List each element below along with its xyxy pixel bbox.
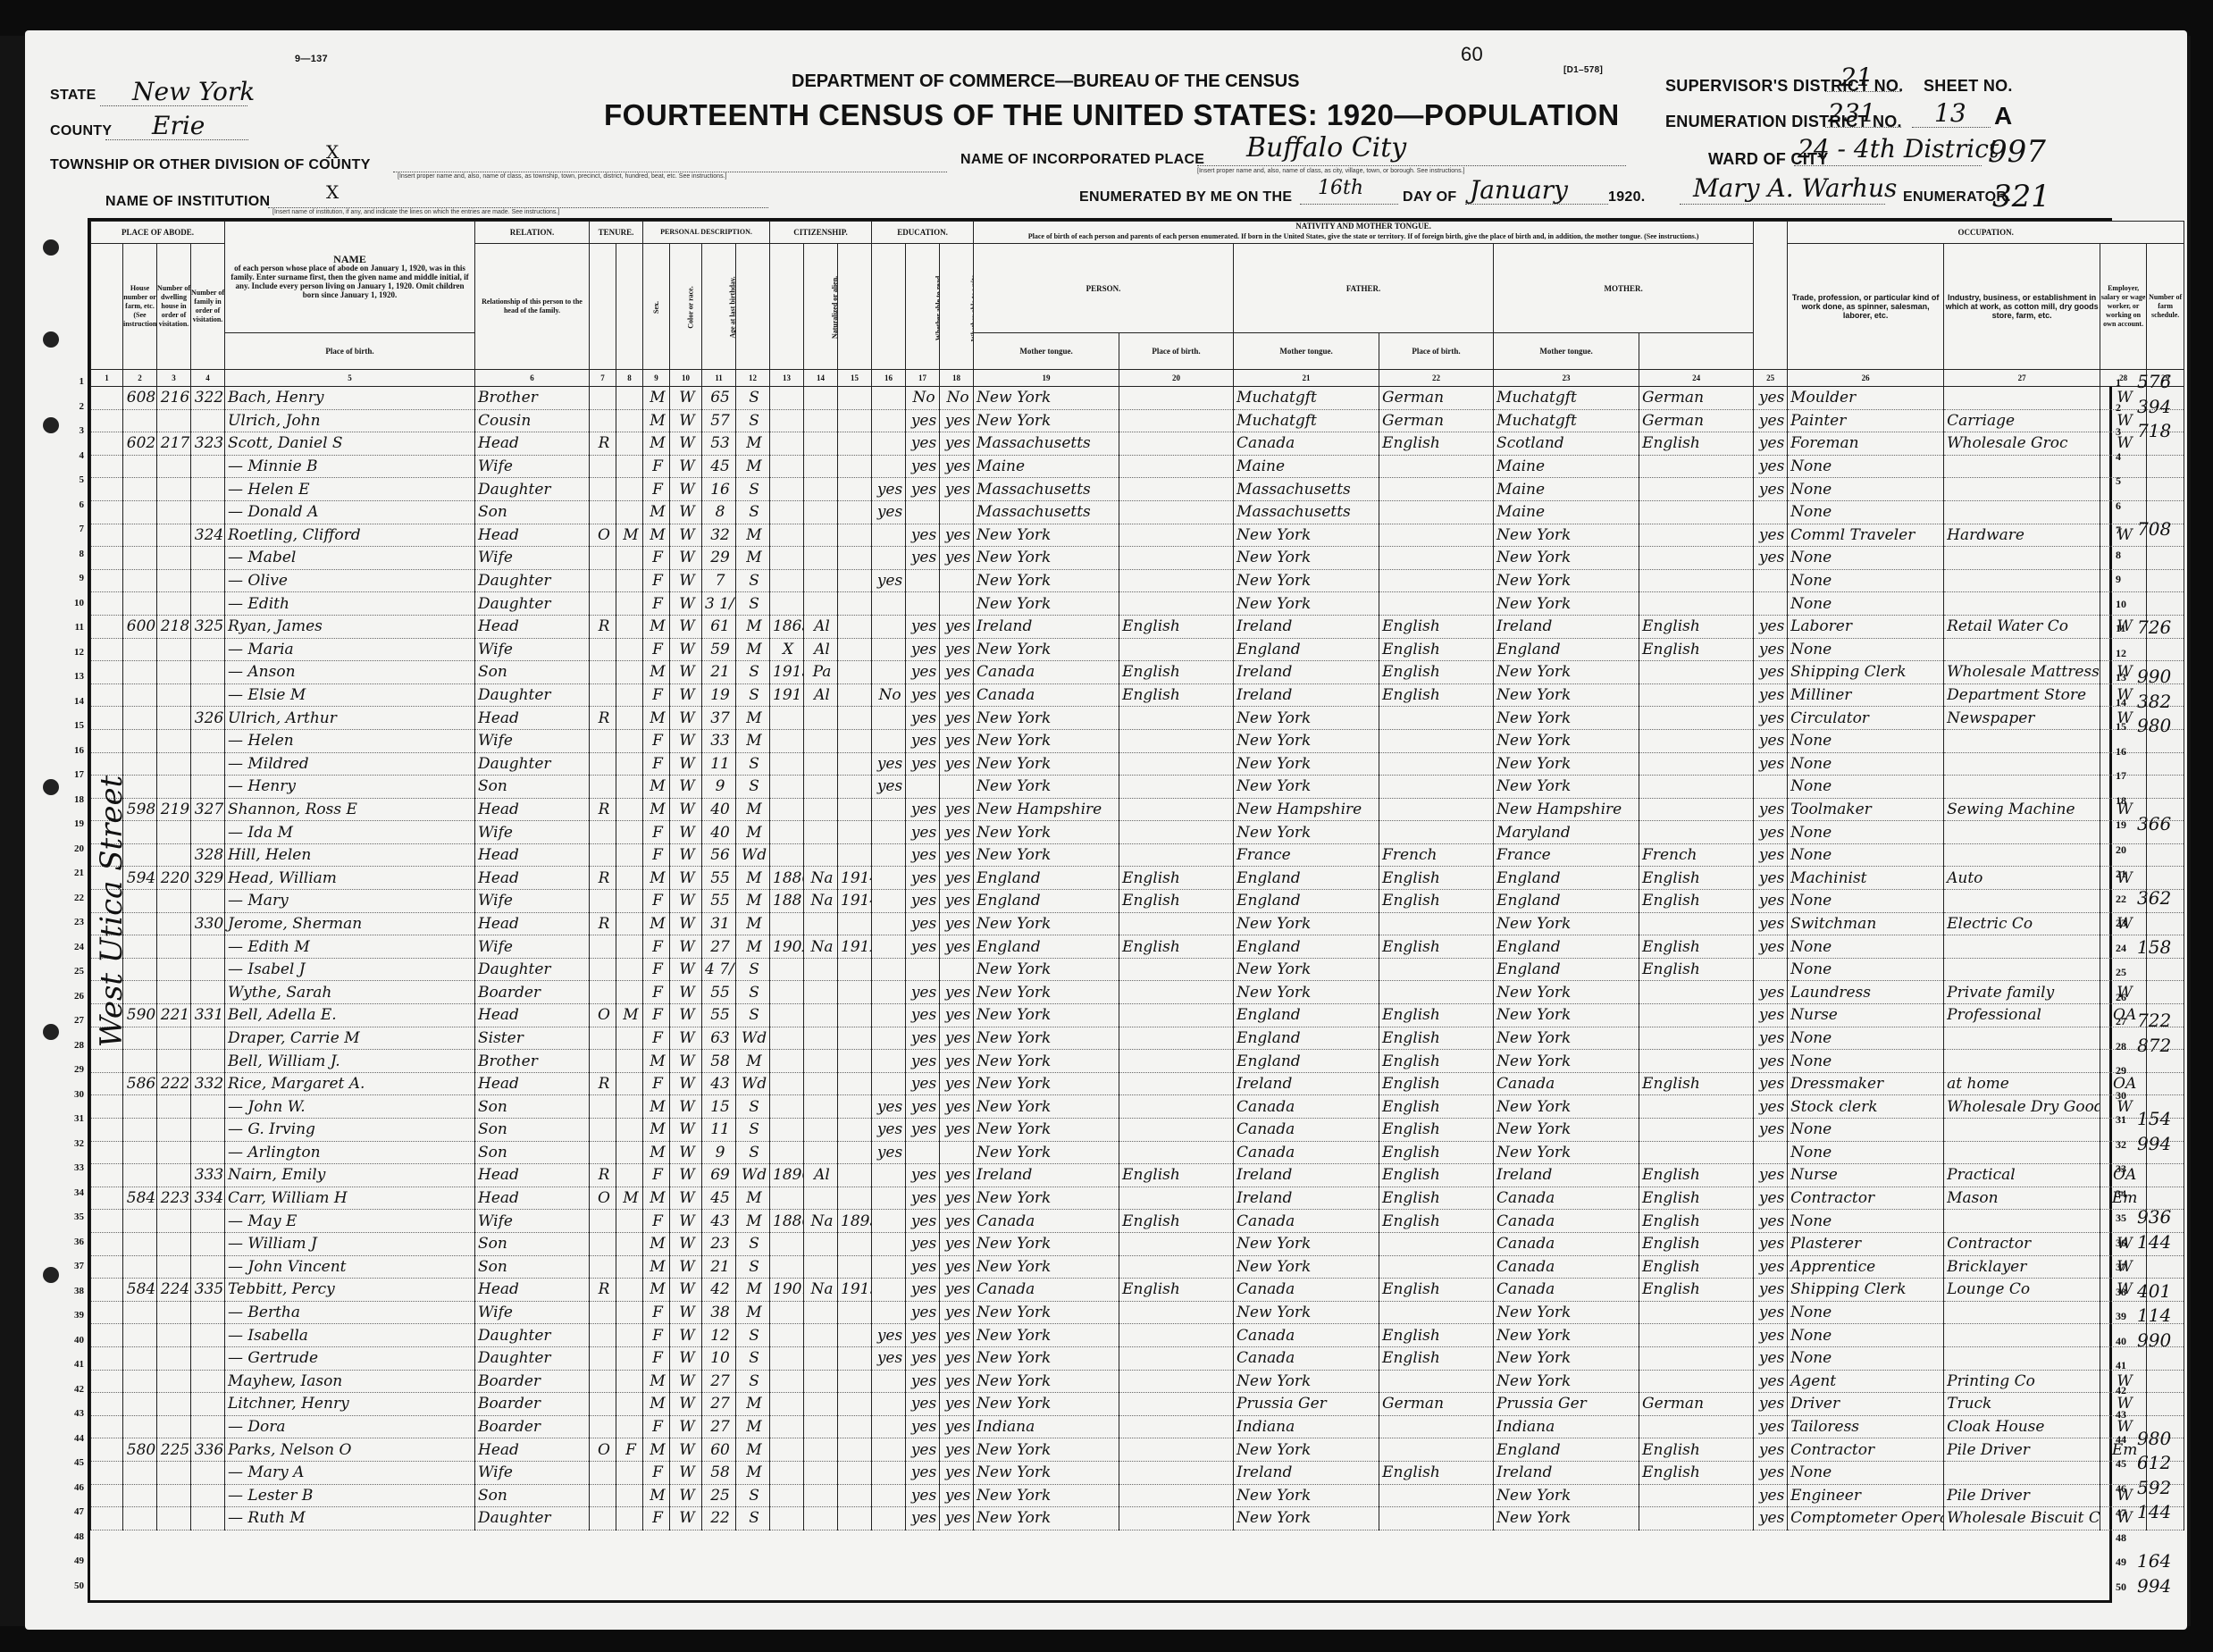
header-race: Color or race.: [670, 244, 702, 370]
sex-cell: F: [643, 1210, 670, 1233]
age-cell: 9: [702, 1141, 736, 1164]
race-cell: W: [670, 1141, 702, 1164]
right-line-number: 46: [2116, 1482, 2139, 1496]
house-number-cell: [123, 1210, 157, 1233]
house-number-cell: [123, 547, 157, 570]
trade-cell: None: [1788, 958, 1944, 981]
sex-cell: F: [643, 683, 670, 707]
speak-english-cell: yes: [1754, 890, 1788, 913]
marital-cell: S: [736, 1507, 770, 1530]
father-birthplace-cell: New York: [1234, 752, 1379, 776]
write-cell: yes: [940, 455, 974, 478]
family-number-cell: [191, 409, 225, 432]
write-cell: yes: [940, 615, 974, 638]
write-cell: yes: [940, 1210, 974, 1233]
street-cell: [91, 1507, 123, 1530]
corner-note: 997: [1988, 134, 2046, 170]
naturalization-year-cell: 1914: [838, 867, 872, 890]
column-number: 21: [1234, 370, 1379, 387]
table-row: — HenrySonMW9SyesNew YorkNew YorkNew Yor…: [91, 776, 2184, 799]
name-title: NAME: [229, 255, 471, 264]
immigration-year-cell: 1886: [770, 1210, 804, 1233]
father-birthplace-cell: New York: [1234, 547, 1379, 570]
speak-english-cell: yes: [1754, 1279, 1788, 1302]
naturalization-year-cell: [838, 843, 872, 867]
dwelling-number-cell: [157, 455, 191, 478]
age-cell: 23: [702, 1232, 736, 1255]
line-number: 26: [64, 991, 84, 1002]
mother-birthplace-cell: Canada: [1494, 1187, 1639, 1210]
home-owned-cell: [590, 547, 616, 570]
occupation-code-note: 994: [2137, 1575, 2171, 1597]
sex-cell: F: [643, 843, 670, 867]
home-owned-cell: [590, 1255, 616, 1279]
race-cell: W: [670, 1050, 702, 1073]
mortgage-cell: [616, 1507, 643, 1530]
naturalized-cell: Al: [804, 1164, 838, 1187]
mother-birthplace-cell: England: [1494, 958, 1639, 981]
name-cell: — Maria: [225, 638, 475, 661]
age-cell: 15: [702, 1095, 736, 1119]
mother-tongue-cell: [1639, 524, 1754, 547]
trade-cell: Engineer: [1788, 1484, 1944, 1507]
mother-tongue-cell: [1639, 500, 1754, 524]
mortgage-cell: [616, 1484, 643, 1507]
trade-cell: Nurse: [1788, 1164, 1944, 1187]
naturalization-year-cell: 1919: [838, 1279, 872, 1302]
write-cell: yes: [940, 1301, 974, 1324]
read-cell: [906, 776, 940, 799]
home-owned-cell: [590, 843, 616, 867]
name-cell: Shannon, Ross E: [225, 798, 475, 821]
sex-cell: M: [643, 776, 670, 799]
name-cell: — Mildred: [225, 752, 475, 776]
mother-birthplace-cell: New York: [1494, 569, 1639, 592]
naturalized-cell: [804, 387, 838, 410]
school-cell: yes: [872, 752, 906, 776]
industry-cell: [1944, 1027, 2100, 1050]
age-cell: 38: [702, 1301, 736, 1324]
table-row: — ArlingtonSonMW9SyesNew YorkCanadaEngli…: [91, 1141, 2184, 1164]
relation-cell: Son: [475, 1119, 590, 1142]
industry-cell: Printing Co: [1944, 1370, 2100, 1393]
write-cell: yes: [940, 432, 974, 456]
birthplace-cell: New York: [974, 707, 1119, 730]
age-cell: 32: [702, 524, 736, 547]
industry-cell: Cloak House: [1944, 1415, 2100, 1438]
father-birthplace-cell: New York: [1234, 1438, 1379, 1462]
naturalization-year-cell: [838, 1119, 872, 1142]
immigration-year-cell: [770, 500, 804, 524]
father-tongue-cell: English: [1379, 1072, 1494, 1095]
naturalized-cell: [804, 1232, 838, 1255]
father-birthplace-cell: New York: [1234, 569, 1379, 592]
right-line-number: 9: [2116, 573, 2139, 586]
immigration-year-cell: [770, 455, 804, 478]
trade-cell: Foreman: [1788, 432, 1944, 456]
line-number: 44: [64, 1433, 84, 1444]
age-cell: 37: [702, 707, 736, 730]
father-tongue-cell: German: [1379, 387, 1494, 410]
dwelling-number-cell: [157, 890, 191, 913]
industry-cell: Truck: [1944, 1393, 2100, 1416]
table-row: Draper, Carrie MSisterFW63WdyesyesNew Yo…: [91, 1027, 2184, 1050]
line-number: 25: [64, 966, 84, 977]
header-person-tongue: Mother tongue.: [974, 333, 1119, 370]
mortgage-cell: [616, 1461, 643, 1484]
group-relation: RELATION.: [475, 222, 590, 244]
industry-cell: [1944, 638, 2100, 661]
mortgage-cell: [616, 1324, 643, 1347]
dwelling-number-cell: [157, 958, 191, 981]
school-cell: [872, 1210, 906, 1233]
marital-cell: S: [736, 592, 770, 616]
dwelling-number-cell: 224: [157, 1279, 191, 1302]
mother-birthplace-cell: New York: [1494, 981, 1639, 1004]
naturalization-year-cell: [838, 1004, 872, 1027]
marital-cell: M: [736, 912, 770, 935]
write-cell: yes: [940, 1119, 974, 1142]
marital-cell: M: [736, 455, 770, 478]
birthplace-cell: New York: [974, 1346, 1119, 1370]
birthplace-cell: New York: [974, 409, 1119, 432]
age-cell: 4 7/12: [702, 958, 736, 981]
dwelling-number-cell: [157, 1324, 191, 1347]
read-cell: yes: [906, 1301, 940, 1324]
mother-birthplace-cell: Canada: [1494, 1279, 1639, 1302]
immigration-year-cell: [770, 776, 804, 799]
right-line-number: 12: [2116, 647, 2139, 660]
right-line-number: 43: [2116, 1408, 2139, 1421]
family-number-cell: 331: [191, 1004, 225, 1027]
dwelling-number-cell: [157, 912, 191, 935]
mother-birthplace-cell: Maine: [1494, 455, 1639, 478]
mortgage-cell: [616, 935, 643, 959]
line-number: 20: [64, 843, 84, 854]
industry-cell: [1944, 729, 2100, 752]
father-birthplace-cell: Prussia Ger: [1234, 1393, 1379, 1416]
mother-tongue-cell: [1639, 1415, 1754, 1438]
census-table: PLACE OF ABODE. NAME of each person whos…: [88, 218, 2112, 1603]
street-cell: [91, 1324, 123, 1347]
speak-english-cell: yes: [1754, 432, 1788, 456]
mother-birthplace-cell: Ireland: [1494, 1164, 1639, 1187]
street-cell: [91, 1210, 123, 1233]
age-cell: 25: [702, 1484, 736, 1507]
family-number-cell: 323: [191, 432, 225, 456]
name-cell: — Ruth M: [225, 1507, 475, 1530]
birthplace-cell: New York: [974, 1324, 1119, 1347]
binder-hole-icon: [43, 1024, 59, 1040]
name-cell: — Helen: [225, 729, 475, 752]
line-number: 28: [64, 1040, 84, 1051]
birthplace-cell: Canada: [974, 1279, 1119, 1302]
sex-cell: F: [643, 958, 670, 981]
trade-cell: Contractor: [1788, 1438, 1944, 1462]
family-number-cell: [191, 1027, 225, 1050]
father-birthplace-cell: England: [1234, 1027, 1379, 1050]
naturalized-cell: [804, 1346, 838, 1370]
naturalization-year-cell: [838, 409, 872, 432]
mortgage-cell: [616, 1141, 643, 1164]
family-number-cell: [191, 1324, 225, 1347]
occupation-code-note: 401: [2137, 1280, 2171, 1302]
header-relationship: Relationship of this person to the head …: [475, 244, 590, 370]
tongue-cell: [1119, 707, 1234, 730]
father-birthplace-cell: Canada: [1234, 1095, 1379, 1119]
sex-cell: F: [643, 1346, 670, 1370]
home-owned-cell: [590, 1095, 616, 1119]
father-tongue-cell: German: [1379, 1393, 1494, 1416]
trade-cell: None: [1788, 1119, 1944, 1142]
father-tongue-cell: English: [1379, 1324, 1494, 1347]
family-number-cell: [191, 1393, 225, 1416]
name-cell: Draper, Carrie M: [225, 1027, 475, 1050]
naturalization-year-cell: [838, 524, 872, 547]
birthplace-cell: New York: [974, 1393, 1119, 1416]
table-row: — Elsie MDaughterFW19S1917AlNoyesyesCana…: [91, 683, 2184, 707]
naturalized-cell: [804, 1324, 838, 1347]
right-line-number: 49: [2116, 1556, 2139, 1569]
header-home-owned: Home owned or rented.: [590, 244, 616, 370]
age-cell: 58: [702, 1050, 736, 1073]
naturalization-year-cell: [838, 1164, 872, 1187]
read-cell: yes: [906, 1415, 940, 1438]
family-number-cell: [191, 1301, 225, 1324]
immigration-year-cell: [770, 1415, 804, 1438]
tongue-cell: English: [1119, 661, 1234, 684]
school-cell: [872, 1301, 906, 1324]
birthplace-cell: New Hampshire: [974, 798, 1119, 821]
father-birthplace-cell: New Hampshire: [1234, 798, 1379, 821]
table-row: 330Jerome, ShermanHeadRMW31MyesyesNew Yo…: [91, 912, 2184, 935]
father-tongue-cell: [1379, 1438, 1494, 1462]
birthplace-cell: New York: [974, 1050, 1119, 1073]
speak-english-cell: yes: [1754, 798, 1788, 821]
father-tongue-cell: English: [1379, 1461, 1494, 1484]
age-cell: 22: [702, 1507, 736, 1530]
relation-cell: Son: [475, 500, 590, 524]
speak-english-cell: yes: [1754, 1210, 1788, 1233]
trade-cell: Laundress: [1788, 981, 1944, 1004]
family-number-cell: [191, 729, 225, 752]
mother-birthplace-cell: New York: [1494, 1324, 1639, 1347]
immigration-year-cell: [770, 409, 804, 432]
father-tongue-cell: [1379, 729, 1494, 752]
right-line-number: 2: [2116, 401, 2139, 415]
dwelling-number-cell: [157, 1164, 191, 1187]
table-row: — Edith MWifeFW27M1902Na1912yesyesEnglan…: [91, 935, 2184, 959]
read-cell: [906, 569, 940, 592]
mother-tongue-cell: [1639, 547, 1754, 570]
age-cell: 29: [702, 547, 736, 570]
sex-cell: M: [643, 1119, 670, 1142]
write-cell: [940, 776, 974, 799]
occupation-code-note: 164: [2137, 1550, 2171, 1572]
school-cell: [872, 1072, 906, 1095]
race-cell: W: [670, 387, 702, 410]
marital-cell: M: [736, 1210, 770, 1233]
industry-cell: [1944, 592, 2100, 616]
birthplace-cell: Ireland: [974, 1164, 1119, 1187]
speak-english-cell: yes: [1754, 1095, 1788, 1119]
write-cell: yes: [940, 1027, 974, 1050]
birthplace-cell: New York: [974, 569, 1119, 592]
mother-birthplace-cell: England: [1494, 638, 1639, 661]
mother-birthplace-cell: New York: [1494, 1507, 1639, 1530]
family-number-cell: [191, 1141, 225, 1164]
tongue-cell: [1119, 1027, 1234, 1050]
mortgage-cell: [616, 981, 643, 1004]
mortgage-cell: [616, 707, 643, 730]
race-cell: W: [670, 683, 702, 707]
home-owned-cell: [590, 729, 616, 752]
dwelling-number-cell: [157, 1393, 191, 1416]
name-cell: — Lester B: [225, 1484, 475, 1507]
mortgage-cell: [616, 912, 643, 935]
mortgage-cell: [616, 683, 643, 707]
naturalization-year-cell: [838, 478, 872, 501]
school-cell: yes: [872, 1324, 906, 1347]
industry-cell: [1944, 958, 2100, 981]
header-naturalization-year: If naturalized, year of naturalization.: [838, 244, 872, 370]
sex-cell: M: [643, 432, 670, 456]
line-number: 12: [64, 647, 84, 658]
mortgage-cell: [616, 409, 643, 432]
speak-english-cell: yes: [1754, 1346, 1788, 1370]
marital-cell: M: [736, 707, 770, 730]
relation-cell: Wife: [475, 1301, 590, 1324]
naturalization-year-cell: [838, 1346, 872, 1370]
dwelling-number-cell: [157, 776, 191, 799]
dwelling-number-cell: [157, 1050, 191, 1073]
father-birthplace-cell: New York: [1234, 524, 1379, 547]
industry-cell: Sewing Machine: [1944, 798, 2100, 821]
right-line-number: 31: [2116, 1113, 2139, 1127]
trade-cell: None: [1788, 1301, 1944, 1324]
school-cell: [872, 798, 906, 821]
street-cell: [91, 1393, 123, 1416]
line-number: 14: [64, 696, 84, 707]
trade-cell: Tailoress: [1788, 1415, 1944, 1438]
marital-cell: S: [736, 1232, 770, 1255]
occupation-code-note: 154: [2137, 1108, 2171, 1129]
father-birthplace-cell: Canada: [1234, 1210, 1379, 1233]
enumerated-month: January: [1470, 175, 1568, 205]
mother-tongue-cell: English: [1639, 1279, 1754, 1302]
marital-cell: S: [736, 1255, 770, 1279]
home-owned-cell: [590, 935, 616, 959]
header-naturalized: Naturalized or alien.: [804, 244, 838, 370]
write-cell: yes: [940, 1484, 974, 1507]
write-cell: yes: [940, 409, 974, 432]
home-owned-cell: R: [590, 1164, 616, 1187]
tongue-cell: [1119, 1141, 1234, 1164]
family-number-cell: [191, 935, 225, 959]
line-number: 38: [64, 1286, 84, 1296]
relation-cell: Wife: [475, 935, 590, 959]
school-cell: [872, 524, 906, 547]
mortgage-cell: F: [616, 1438, 643, 1462]
name-cell: — Gertrude: [225, 1346, 475, 1370]
industry-cell: Wholesale Mattress Co: [1944, 661, 2100, 684]
school-cell: [872, 432, 906, 456]
industry-cell: Lounge Co: [1944, 1279, 2100, 1302]
speak-english-cell: yes: [1754, 867, 1788, 890]
mother-birthplace-cell: Prussia Ger: [1494, 1393, 1639, 1416]
dwelling-number-cell: [157, 1095, 191, 1119]
birthplace-cell: New York: [974, 729, 1119, 752]
school-cell: [872, 1415, 906, 1438]
mother-tongue-cell: [1639, 798, 1754, 821]
speak-english-cell: yes: [1754, 1187, 1788, 1210]
right-line-number: 44: [2116, 1433, 2139, 1447]
write-cell: yes: [940, 1072, 974, 1095]
industry-cell: Pile Driver: [1944, 1484, 2100, 1507]
industry-cell: [1944, 1346, 2100, 1370]
industry-cell: [1944, 569, 2100, 592]
occupation-code-note: 980: [2137, 715, 2171, 736]
speak-english-cell: [1754, 500, 1788, 524]
corner-note: 321: [1992, 179, 2050, 214]
age-cell: 21: [702, 1255, 736, 1279]
mother-birthplace-cell: Indiana: [1494, 1415, 1639, 1438]
birthplace-cell: New York: [974, 524, 1119, 547]
race-cell: W: [670, 1484, 702, 1507]
naturalized-cell: [804, 478, 838, 501]
mother-tongue-cell: [1639, 1050, 1754, 1073]
industry-cell: [1944, 500, 2100, 524]
right-line-number: 10: [2116, 598, 2139, 611]
sex-cell: F: [643, 752, 670, 776]
read-cell: yes: [906, 1255, 940, 1279]
industry-cell: [1944, 1301, 2100, 1324]
home-owned-cell: [590, 890, 616, 913]
tongue-cell: [1119, 1301, 1234, 1324]
mortgage-cell: [616, 478, 643, 501]
immigration-year-cell: 1902: [770, 935, 804, 959]
scan-right-border: [2191, 0, 2213, 1652]
table-row: — MabelWifeFW29MyesyesNew YorkNew YorkNe…: [91, 547, 2184, 570]
sex-cell: M: [643, 867, 670, 890]
binder-hole-icon: [43, 1267, 59, 1283]
dwelling-number-cell: [157, 683, 191, 707]
home-owned-cell: O: [590, 524, 616, 547]
street-cell: [91, 432, 123, 456]
father-birthplace-cell: Canada: [1234, 1141, 1379, 1164]
trade-cell: Agent: [1788, 1370, 1944, 1393]
father-birthplace-cell: New York: [1234, 1484, 1379, 1507]
relation-cell: Head: [475, 432, 590, 456]
farm-schedule-cell: [2147, 638, 2184, 661]
name-cell: Rice, Margaret A.: [225, 1072, 475, 1095]
age-cell: 43: [702, 1072, 736, 1095]
read-cell: yes: [906, 890, 940, 913]
header-immigration-year: Year of immigration to the United States…: [770, 244, 804, 370]
street-cell: [91, 500, 123, 524]
mother-tongue-cell: [1639, 981, 1754, 1004]
trade-cell: None: [1788, 592, 1944, 616]
immigration-year-cell: [770, 1095, 804, 1119]
mother-birthplace-cell: New York: [1494, 1484, 1639, 1507]
right-line-number: 13: [2116, 671, 2139, 684]
home-owned-cell: [590, 1324, 616, 1347]
sex-cell: M: [643, 1232, 670, 1255]
naturalized-cell: [804, 843, 838, 867]
write-cell: yes: [940, 1164, 974, 1187]
table-row: — BerthaWifeFW38MyesyesNew YorkNew YorkN…: [91, 1301, 2184, 1324]
father-birthplace-cell: Ireland: [1234, 1187, 1379, 1210]
